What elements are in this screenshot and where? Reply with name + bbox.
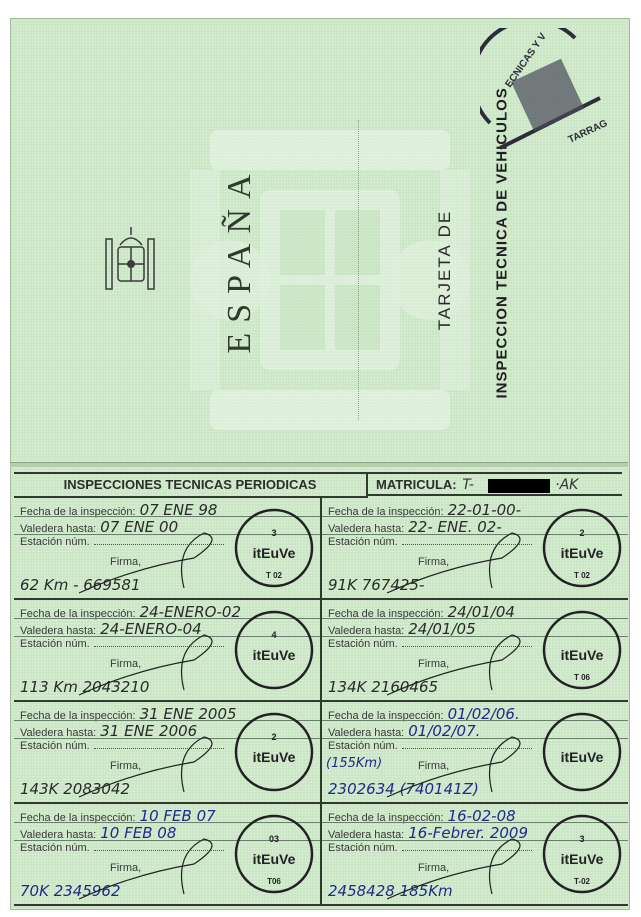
odometer-reading: 143K 2083042 — [20, 780, 130, 798]
svg-text:itEuVe: itEuVe — [561, 749, 604, 765]
svg-text:3: 3 — [271, 528, 276, 538]
svg-text:3: 3 — [579, 834, 584, 844]
inspection-entry: Fecha de la inspección:22-01-00- Valeder… — [322, 498, 628, 600]
station-row: Estación núm. — [20, 536, 224, 548]
signature-label: Firma, — [418, 658, 449, 670]
inspection-entry: Fecha de la inspección:24/01/04 Valedera… — [322, 600, 628, 702]
matricula-field: MATRICULA: T- ·AK — [368, 474, 622, 496]
itv-stamp-icon: ECNICAS Y V TARRAG — [480, 28, 610, 158]
station-row: Estación núm. — [20, 638, 224, 650]
station-dots — [94, 646, 224, 647]
matricula-redacted — [488, 479, 550, 493]
station-dots — [402, 748, 532, 749]
station-label: Estación núm. — [20, 740, 90, 752]
station-dots — [402, 544, 532, 545]
svg-text:T06: T06 — [267, 877, 281, 886]
inspection-stamp-icon: itEuVe T 06 — [540, 608, 624, 692]
inspection-entry: Fecha de la inspección:10 FEB 07 Valeder… — [14, 804, 320, 906]
signature-label: Firma, — [418, 862, 449, 874]
inspection-stamp-icon: itEuVe — [540, 710, 624, 794]
signature-label: Firma, — [418, 760, 449, 772]
svg-text:2: 2 — [579, 528, 584, 538]
svg-text:T 02: T 02 — [266, 571, 283, 580]
odometer-reading: 2458428 185Km — [328, 882, 453, 900]
svg-text:itEuVe: itEuVe — [561, 851, 604, 867]
station-dots — [402, 646, 532, 647]
station-row: Estación núm. — [328, 740, 532, 752]
station-label: Estación núm. — [328, 842, 398, 854]
svg-text:T 06: T 06 — [574, 673, 591, 682]
extra-note: (155Km) — [326, 756, 382, 771]
inspection-entry: Fecha de la inspección:31 ENE 2005 Valed… — [14, 702, 320, 804]
inspections-header: INSPECCIONES TECNICAS PERIODICAS — [14, 474, 368, 498]
svg-text:4: 4 — [271, 630, 276, 640]
signature-label: Firma, — [110, 658, 141, 670]
inspection-entry: Fecha de la inspección:07 ENE 98 Valeder… — [14, 498, 320, 600]
signature-label: Firma, — [110, 760, 141, 772]
station-row: Estación núm. — [328, 842, 532, 854]
odometer-reading: 113 Km 2043210 — [20, 678, 149, 696]
odometer-reading: 91K 767425- — [328, 576, 424, 594]
inspection-entry: Fecha de la inspección:24-ENERO-02 Valed… — [14, 600, 320, 702]
odometer-reading: 70K 2345962 — [20, 882, 121, 900]
station-label: Estación núm. — [328, 638, 398, 650]
inspection-stamp-icon: 2 itEuVe T 02 — [540, 506, 624, 590]
svg-text:itEuVe: itEuVe — [561, 647, 604, 663]
station-row: Estación núm. — [328, 536, 532, 548]
station-dots — [94, 544, 224, 545]
svg-text:itEuVe: itEuVe — [253, 545, 296, 561]
svg-text:2: 2 — [271, 732, 276, 742]
station-label: Estación núm. — [20, 536, 90, 548]
card-fold — [10, 462, 628, 467]
card-title-line1: TARJETA DE — [425, 180, 465, 380]
inspection-stamp-icon: 4 itEuVe — [232, 608, 316, 692]
svg-text:itEuVe: itEuVe — [253, 851, 296, 867]
station-dots — [94, 850, 224, 851]
station-row: Estación núm. — [20, 740, 224, 752]
signature-label: Firma, — [110, 862, 141, 874]
station-row: Estación núm. — [20, 842, 224, 854]
odometer-reading: 62 Km - 669581 — [20, 576, 141, 594]
inspections-table: INSPECCIONES TECNICAS PERIODICAS MATRICU… — [14, 472, 622, 906]
signature-label: Firma, — [110, 556, 141, 568]
station-label: Estación núm. — [328, 536, 398, 548]
station-label: Estación núm. — [20, 638, 90, 650]
station-row: Estación núm. — [328, 638, 532, 650]
odometer-reading: 2302634 (740141Z) — [328, 780, 479, 798]
station-dots — [402, 850, 532, 851]
svg-text:TARRAG: TARRAG — [567, 118, 610, 146]
signature-label: Firma, — [418, 556, 449, 568]
station-dots — [94, 748, 224, 749]
svg-text:T-02: T-02 — [574, 877, 591, 886]
inspection-stamp-icon: 2 itEuVe — [232, 710, 316, 794]
coat-of-arms-icon — [100, 225, 160, 300]
inspection-stamp-icon: 03 itEuVe T06 — [232, 812, 316, 896]
station-label: Estación núm. — [20, 842, 90, 854]
svg-text:itEuVe: itEuVe — [561, 545, 604, 561]
matricula-suffix: ·AK — [555, 477, 578, 493]
country-label: ESPAÑA — [220, 160, 260, 360]
matricula-label: MATRICULA: — [376, 477, 457, 492]
inspection-stamp-icon: 3 itEuVe T 02 — [232, 506, 316, 590]
station-label: Estación núm. — [328, 740, 398, 752]
inspection-entry: Fecha de la inspección:01/02/06. Valeder… — [322, 702, 628, 804]
odometer-reading: 134K 2160465 — [328, 678, 438, 696]
svg-text:itEuVe: itEuVe — [253, 749, 296, 765]
svg-text:T 02: T 02 — [574, 571, 591, 580]
svg-text:itEuVe: itEuVe — [253, 647, 296, 663]
svg-text:03: 03 — [269, 834, 279, 844]
inspection-entry: Fecha de la inspección:16-02-08 Valedera… — [322, 804, 628, 906]
cover-fold-line — [358, 120, 359, 420]
inspection-stamp-icon: 3 itEuVe T-02 — [540, 812, 624, 896]
matricula-prefix: T- — [462, 477, 474, 493]
